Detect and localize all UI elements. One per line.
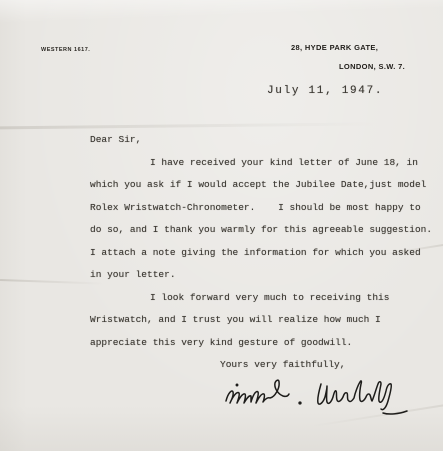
body-line: do so, and I thank you warmly for this a… — [90, 219, 440, 242]
body-line: I look forward very much to receiving th… — [90, 287, 440, 310]
body-line: I have received your kind letter of June… — [90, 152, 440, 175]
body-line: I attach a note giving the information f… — [90, 242, 440, 265]
letterhead-address-line2: LONDON, S.W. 7. — [339, 62, 405, 71]
handwritten-signature — [220, 377, 415, 419]
closing-line: Yours very faithfully, — [90, 354, 440, 377]
letterhead-address-line1: 28, HYDE PARK GATE, — [291, 43, 378, 52]
letter-body: Dear Sir, I have received your kind lett… — [90, 129, 440, 377]
body-line: which you ask if I would accept the Jubi… — [90, 174, 440, 197]
letter-date: July 11, 1947. — [267, 85, 383, 97]
letterhead-phone: WESTERN 1617. — [41, 47, 90, 53]
body-line: Wristwatch, and I trust you will realize… — [90, 309, 440, 332]
body-line: Rolex Wristwatch-Chronometer. I should b… — [90, 197, 440, 220]
body-line: in your letter. — [90, 264, 440, 287]
salutation: Dear Sir, — [90, 129, 440, 152]
body-line: appreciate this very kind gesture of goo… — [90, 332, 440, 355]
signature-ink — [220, 377, 415, 419]
